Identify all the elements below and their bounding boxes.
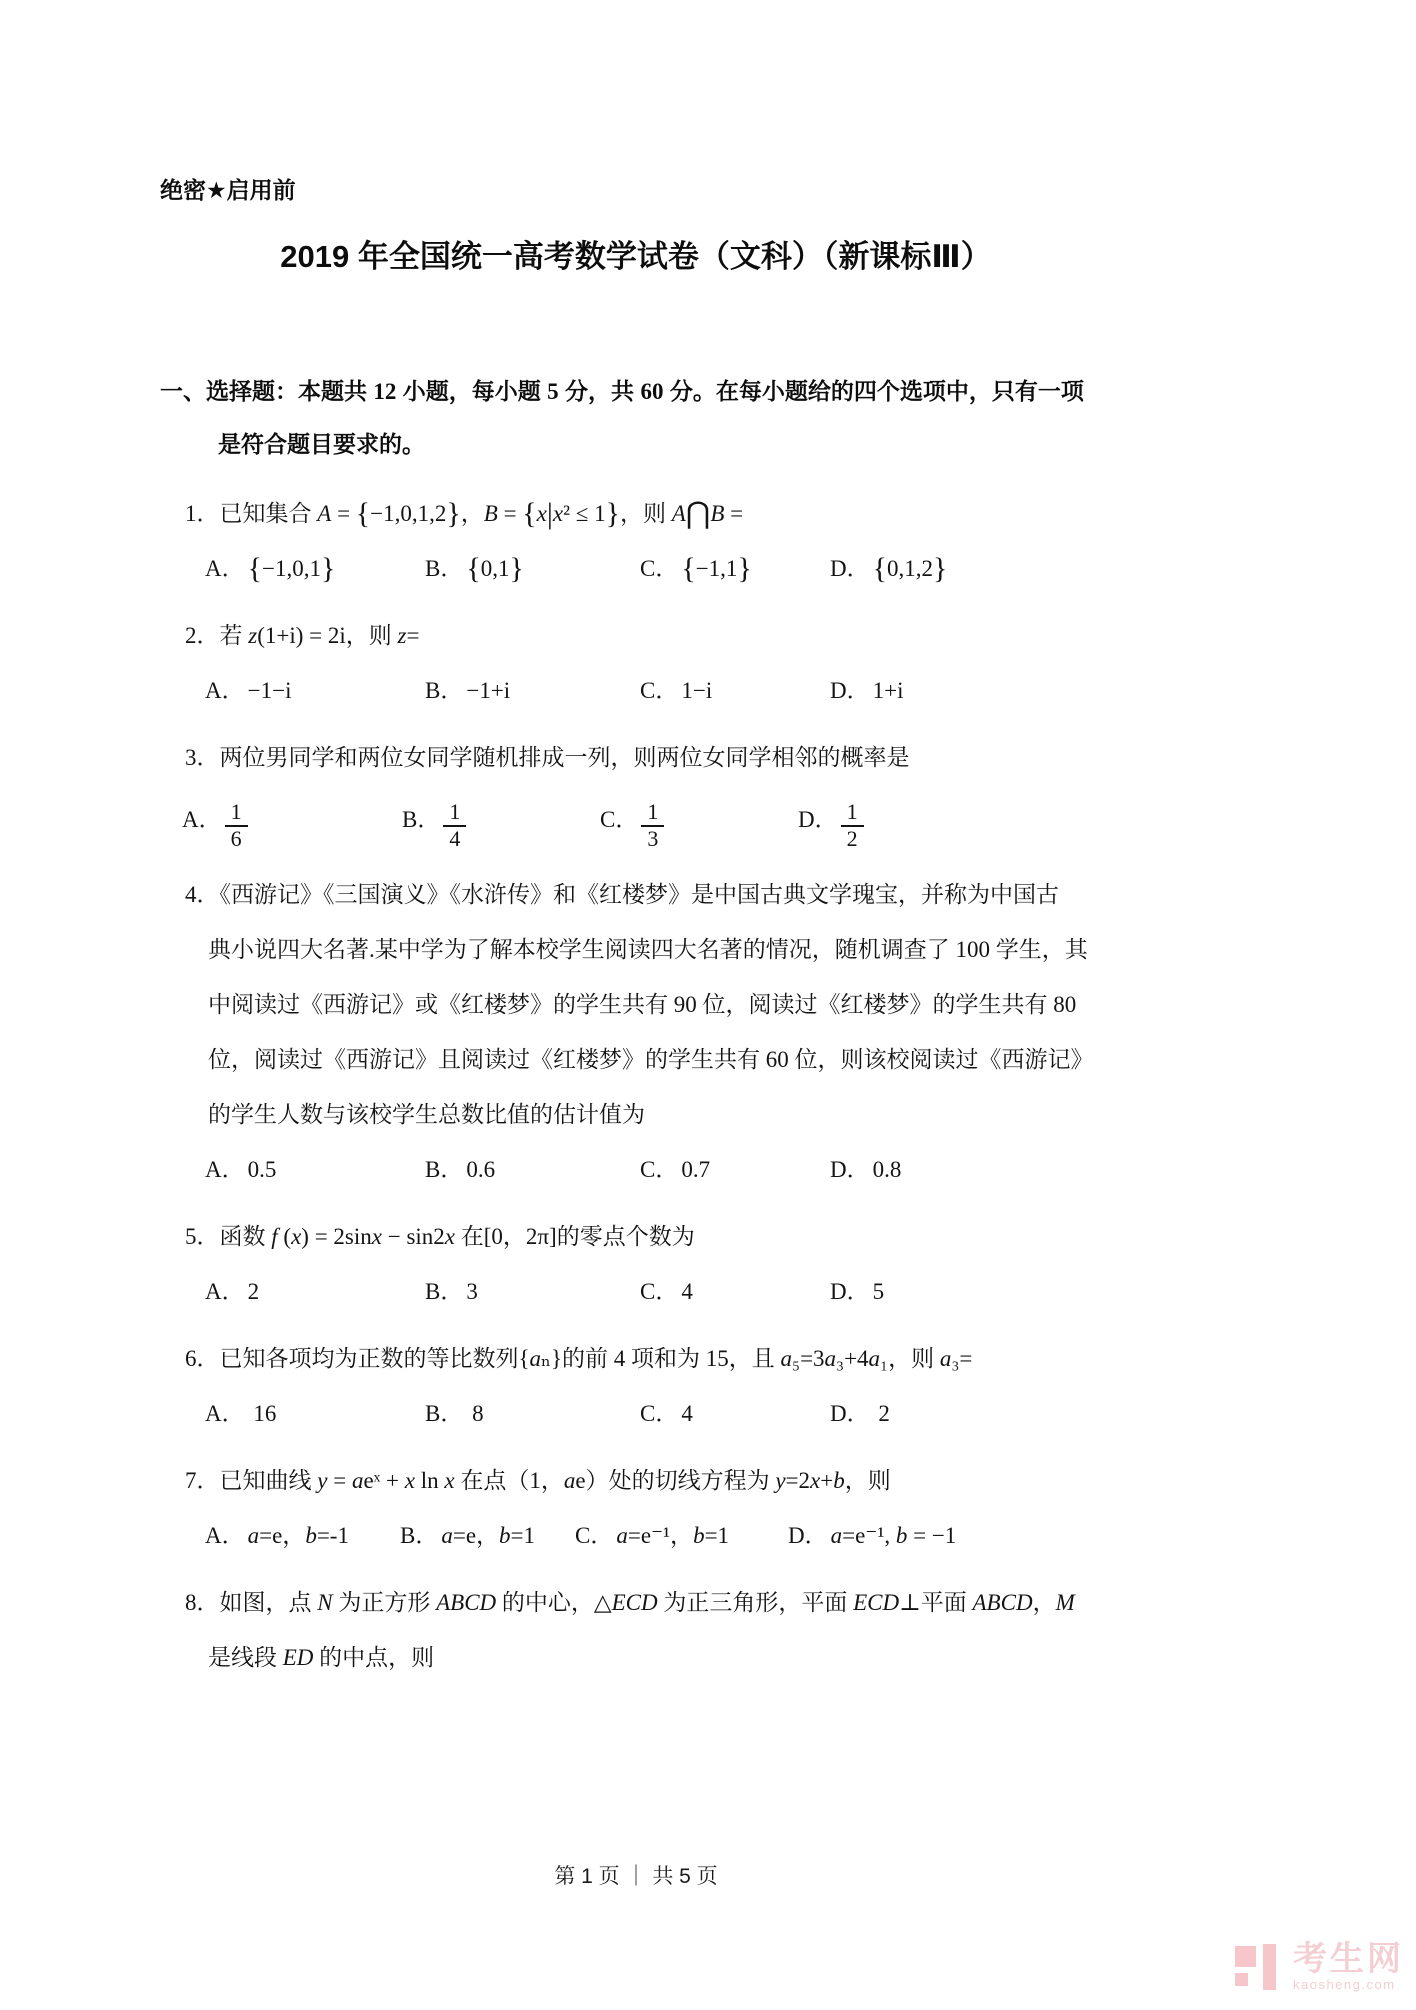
option-c-label: C． bbox=[575, 1523, 613, 1548]
option-a-label: A． bbox=[205, 1401, 245, 1426]
option-a-text: 2 bbox=[248, 1279, 260, 1304]
option-c-label: C． bbox=[640, 1157, 678, 1182]
option-b-text: 14 bbox=[443, 807, 466, 832]
fraction: 12 bbox=[841, 800, 864, 850]
option-a-text: 16 bbox=[248, 1401, 277, 1426]
section-one-heading: 一、选择题：本题共 12 小题，每小题 5 分，共 60 分。在每小题给的四个选… bbox=[160, 365, 1112, 470]
option-c-text: 4 bbox=[681, 1279, 693, 1304]
option-d: D．12 bbox=[798, 785, 864, 855]
option-b: B．14 bbox=[402, 785, 466, 855]
option-d: D． 2 bbox=[830, 1386, 890, 1441]
option-b: B．0.6 bbox=[425, 1142, 495, 1197]
question-4-stem-line5: 的学生人数与该校学生总数比值的估计值为 bbox=[160, 1087, 1112, 1142]
option-b: B．3 bbox=[425, 1264, 478, 1319]
question-4-number: 4． bbox=[185, 882, 220, 907]
option-c-text: 4 bbox=[681, 1401, 693, 1426]
secret-label: 绝密★启用前 bbox=[160, 175, 1112, 205]
option-d: D．1+i bbox=[830, 663, 904, 718]
option-d-label: D． bbox=[830, 556, 870, 581]
option-c-text: a=e⁻¹，b=1 bbox=[616, 1523, 729, 1548]
option-b: B．−1+i bbox=[425, 663, 510, 718]
fraction: 16 bbox=[225, 800, 248, 850]
option-b-label: B． bbox=[425, 1401, 463, 1426]
question-5-stem: 5．函数 f (x) = 2sinx − sin2x 在[0，2π]的零点个数为 bbox=[160, 1209, 1112, 1264]
option-a: A．0.5 bbox=[205, 1142, 276, 1197]
option-a-text: −1−i bbox=[248, 678, 292, 703]
option-c-label: C． bbox=[640, 1401, 678, 1426]
option-d: D．a=e⁻¹, b = −1 bbox=[788, 1508, 956, 1563]
option-a-label: A． bbox=[205, 678, 245, 703]
option-a: A．−1−i bbox=[205, 663, 291, 718]
question-5-options: A．2 B．3 C．4 D．5 bbox=[160, 1264, 1112, 1319]
question-3-number: 3． bbox=[185, 745, 220, 770]
question-2: 2．若 z(1+i) = 2i，则 z= A．−1−i B．−1+i C．1−i… bbox=[160, 608, 1112, 718]
question-6-stem-text: 已知各项均为正数的等比数列{aₙ}的前 4 项和为 15，且 a₅=3a₃+4a… bbox=[220, 1346, 973, 1371]
watermark-site-domain: kaosheng.com bbox=[1293, 1977, 1404, 1993]
question-6: 6．已知各项均为正数的等比数列{aₙ}的前 4 项和为 15，且 a₅=3a₃+… bbox=[160, 1331, 1112, 1441]
question-1-stem-text: 已知集合 A = {−1,0,1,2}，B = {x|x² ≤ 1}，则 A⋂B… bbox=[220, 501, 744, 526]
option-c-text: 0.7 bbox=[681, 1157, 710, 1182]
question-3-stem-text: 两位男同学和两位女同学随机排成一列，则两位女同学相邻的概率是 bbox=[220, 745, 910, 770]
option-b-label: B． bbox=[400, 1523, 438, 1548]
option-b: B． 8 bbox=[425, 1386, 484, 1441]
kaosheng-logo-icon bbox=[1235, 1938, 1281, 1996]
question-4-stem-line3: 中阅读过《西游记》或《红楼梦》的学生共有 90 位，阅读过《红楼梦》的学生共有 … bbox=[160, 977, 1112, 1032]
option-b-text: −1+i bbox=[466, 678, 510, 703]
option-c-text: 13 bbox=[641, 807, 664, 832]
option-b-text: a=e，b=1 bbox=[441, 1523, 535, 1548]
option-c-label: C． bbox=[600, 807, 638, 832]
page-footer: 第 1 页 ｜ 共 5 页 bbox=[160, 1862, 1112, 1892]
option-c-text: 1−i bbox=[681, 678, 712, 703]
option-c: C．0.7 bbox=[640, 1142, 710, 1197]
option-c-label: C． bbox=[640, 678, 678, 703]
option-a: A． 16 bbox=[205, 1386, 276, 1441]
question-1-options: A．{−1,0,1} B．{0,1} C．{−1,1} D．{0,1,2} bbox=[160, 541, 1112, 596]
question-4-stem-line2: 典小说四大名著.某中学为了解本校学生阅读四大名著的情况，随机调查了 100 学生… bbox=[160, 922, 1112, 977]
option-a-text: 16 bbox=[225, 807, 248, 832]
option-b-label: B． bbox=[425, 1279, 463, 1304]
option-c: C．4 bbox=[640, 1386, 693, 1441]
option-b-label: B． bbox=[402, 807, 440, 832]
option-d: D．5 bbox=[830, 1264, 884, 1319]
question-5-stem-text: 函数 f (x) = 2sinx − sin2x 在[0，2π]的零点个数为 bbox=[220, 1224, 695, 1249]
question-3-stem: 3．两位男同学和两位女同学随机排成一列，则两位女同学相邻的概率是 bbox=[160, 730, 1112, 785]
option-d: D．{0,1,2} bbox=[830, 541, 947, 596]
question-6-options: A． 16 B． 8 C．4 D． 2 bbox=[160, 1386, 1112, 1441]
question-2-options: A．−1−i B．−1+i C．1−i D．1+i bbox=[160, 663, 1112, 718]
option-a-label: A． bbox=[182, 807, 222, 832]
question-6-stem: 6．已知各项均为正数的等比数列{aₙ}的前 4 项和为 15，且 a₅=3a₃+… bbox=[160, 1331, 1112, 1386]
option-a-label: A． bbox=[205, 556, 245, 581]
option-a-text: 0.5 bbox=[248, 1157, 277, 1182]
option-d-label: D． bbox=[798, 807, 838, 832]
question-3: 3．两位男同学和两位女同学随机排成一列，则两位女同学相邻的概率是 A．16 B．… bbox=[160, 730, 1112, 855]
option-a: A．2 bbox=[205, 1264, 259, 1319]
option-b-label: B． bbox=[425, 556, 463, 581]
option-c-text: {−1,1} bbox=[681, 556, 751, 581]
option-d-text: {0,1,2} bbox=[873, 556, 948, 581]
option-b-label: B． bbox=[425, 678, 463, 703]
exam-page: 绝密★启用前 2019 年全国统一高考数学试卷（文科）（新课标Ⅲ） 一、选择题：… bbox=[0, 0, 1416, 2010]
option-d-text: a=e⁻¹, b = −1 bbox=[831, 1523, 957, 1548]
option-d-text: 2 bbox=[873, 1401, 890, 1426]
question-8-number: 8． bbox=[185, 1590, 220, 1615]
watermark-site-name: 考生网 bbox=[1293, 1941, 1404, 1977]
question-7-number: 7． bbox=[185, 1468, 220, 1493]
question-1-number: 1． bbox=[185, 501, 220, 526]
option-c: C．4 bbox=[640, 1264, 693, 1319]
option-c-label: C． bbox=[640, 556, 678, 581]
option-c: C．{−1,1} bbox=[640, 541, 752, 596]
question-8: 8．如图，点 N 为正方形 ABCD 的中心，△ECD 为正三角形，平面 ECD… bbox=[160, 1575, 1112, 1685]
question-7-stem: 7．已知曲线 y = aeˣ + x ln x 在点（1，ae）处的切线方程为 … bbox=[160, 1453, 1112, 1508]
questions-list: 1．已知集合 A = {−1,0,1,2}，B = {x|x² ≤ 1}，则 A… bbox=[160, 486, 1112, 1685]
option-b-text: {0,1} bbox=[466, 556, 523, 581]
question-2-number: 2． bbox=[185, 623, 220, 648]
option-a: A．16 bbox=[182, 785, 248, 855]
question-7-stem-text: 已知曲线 y = aeˣ + x ln x 在点（1，ae）处的切线方程为 y=… bbox=[220, 1468, 891, 1493]
question-3-options: A．16 B．14 C．13 D．12 bbox=[160, 785, 1112, 855]
exam-title: 2019 年全国统一高考数学试卷（文科）（新课标Ⅲ） bbox=[160, 237, 1112, 277]
fraction: 13 bbox=[641, 800, 664, 850]
watermark-text: 考生网 kaosheng.com bbox=[1293, 1941, 1404, 1993]
question-5: 5．函数 f (x) = 2sinx − sin2x 在[0，2π]的零点个数为… bbox=[160, 1209, 1112, 1319]
option-c: C．13 bbox=[600, 785, 664, 855]
section-heading-line2: 是符合题目要求的。 bbox=[160, 418, 1112, 470]
fraction: 14 bbox=[443, 800, 466, 850]
question-8-stem-line2: 是线段 ED 的中点，则 bbox=[160, 1630, 1112, 1685]
option-d-label: D． bbox=[788, 1523, 828, 1548]
section-heading-line1: 一、选择题：本题共 12 小题，每小题 5 分，共 60 分。在每小题给的四个选… bbox=[160, 365, 1112, 418]
question-2-stem-text: 若 z(1+i) = 2i，则 z= bbox=[220, 623, 420, 648]
question-4-stem-text: 《西游记》《三国演义》《水浒传》和《红楼梦》是中国古典文学瑰宝，并称为中国古 bbox=[220, 882, 1060, 907]
option-d-text: 0.8 bbox=[873, 1157, 902, 1182]
option-b-text: 3 bbox=[466, 1279, 478, 1304]
question-5-number: 5． bbox=[185, 1224, 220, 1249]
question-7: 7．已知曲线 y = aeˣ + x ln x 在点（1，ae）处的切线方程为 … bbox=[160, 1453, 1112, 1563]
option-d-label: D． bbox=[830, 1401, 870, 1426]
option-b: B．a=e，b=1 bbox=[400, 1508, 535, 1563]
question-8-stem: 8．如图，点 N 为正方形 ABCD 的中心，△ECD 为正三角形，平面 ECD… bbox=[160, 1575, 1112, 1630]
option-a-text: {−1,0,1} bbox=[248, 556, 336, 581]
option-c-label: C． bbox=[640, 1279, 678, 1304]
option-d-text: 5 bbox=[873, 1279, 885, 1304]
question-1-stem: 1．已知集合 A = {−1,0,1,2}，B = {x|x² ≤ 1}，则 A… bbox=[160, 486, 1112, 541]
option-d-label: D． bbox=[830, 1157, 870, 1182]
option-a-text: a=e，b=-1 bbox=[248, 1523, 349, 1548]
question-6-number: 6． bbox=[185, 1346, 220, 1371]
option-b-text: 8 bbox=[466, 1401, 483, 1426]
question-4-options: A．0.5 B．0.6 C．0.7 D．0.8 bbox=[160, 1142, 1112, 1197]
question-2-stem: 2．若 z(1+i) = 2i，则 z= bbox=[160, 608, 1112, 663]
question-4-stem-line4: 位，阅读过《西游记》且阅读过《红楼梦》的学生共有 60 位，则该校阅读过《西游记… bbox=[160, 1032, 1112, 1087]
option-d-label: D． bbox=[830, 678, 870, 703]
option-b-label: B． bbox=[425, 1157, 463, 1182]
question-7-options: A．a=e，b=-1 B．a=e，b=1 C．a=e⁻¹，b=1 D．a=e⁻¹… bbox=[160, 1508, 1112, 1563]
option-c: C．a=e⁻¹，b=1 bbox=[575, 1508, 729, 1563]
question-4: 4．《西游记》《三国演义》《水浒传》和《红楼梦》是中国古典文学瑰宝，并称为中国古… bbox=[160, 867, 1112, 1197]
option-a-label: A． bbox=[205, 1157, 245, 1182]
watermark: 考生网 kaosheng.com bbox=[1235, 1938, 1404, 1996]
option-a-label: A． bbox=[205, 1279, 245, 1304]
option-a-label: A． bbox=[205, 1523, 245, 1548]
option-a: A．a=e，b=-1 bbox=[205, 1508, 349, 1563]
option-a: A．{−1,0,1} bbox=[205, 541, 335, 596]
question-8-stem-text: 如图，点 N 为正方形 ABCD 的中心，△ECD 为正三角形，平面 ECD⊥平… bbox=[220, 1590, 1075, 1615]
page-content: 绝密★启用前 2019 年全国统一高考数学试卷（文科）（新课标Ⅲ） 一、选择题：… bbox=[160, 0, 1112, 1685]
option-d-text: 12 bbox=[841, 807, 864, 832]
option-d: D．0.8 bbox=[830, 1142, 901, 1197]
option-b: B．{0,1} bbox=[425, 541, 524, 596]
option-b-text: 0.6 bbox=[466, 1157, 495, 1182]
option-d-label: D． bbox=[830, 1279, 870, 1304]
option-c: C．1−i bbox=[640, 663, 712, 718]
question-4-stem: 4．《西游记》《三国演义》《水浒传》和《红楼梦》是中国古典文学瑰宝，并称为中国古 bbox=[160, 867, 1112, 922]
question-1: 1．已知集合 A = {−1,0,1,2}，B = {x|x² ≤ 1}，则 A… bbox=[160, 486, 1112, 596]
option-d-text: 1+i bbox=[873, 678, 904, 703]
